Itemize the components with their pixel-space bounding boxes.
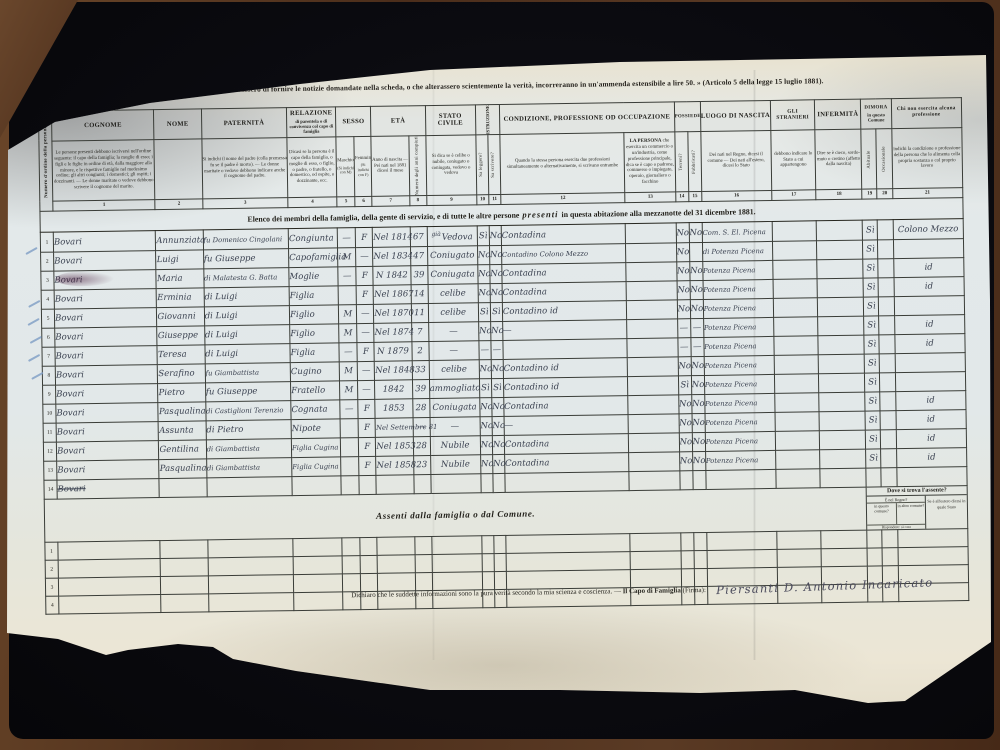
absent-box-altro-comune: in altro comune? bbox=[897, 503, 926, 524]
cell-fabbricati: No bbox=[691, 357, 704, 376]
cell-abituale: Sì bbox=[863, 220, 878, 240]
column-eta: ETÀ bbox=[371, 106, 426, 137]
cell-legge bbox=[482, 536, 494, 554]
column-dimora: DIMORAin questo Comune bbox=[861, 99, 892, 129]
cell-anni: 33 bbox=[412, 361, 429, 380]
cell-stranieri bbox=[774, 336, 818, 356]
cell-persona bbox=[626, 262, 676, 282]
cell-nome bbox=[161, 558, 208, 577]
cell-nome bbox=[160, 540, 207, 559]
cell-persona bbox=[627, 319, 677, 339]
cell-luogo: Potenza Picena bbox=[703, 318, 774, 338]
desc-stranieri: debbono indicare lo Stato a cui apparten… bbox=[771, 130, 816, 191]
cell-f bbox=[360, 537, 377, 555]
cell-anno: Nel 1870 bbox=[374, 304, 411, 324]
cell-n: 8 bbox=[42, 366, 55, 385]
cell-legge: No bbox=[480, 455, 492, 474]
cell-scrive: — bbox=[491, 341, 503, 360]
cell-infermita bbox=[817, 240, 863, 260]
cell-nome: Giovanni bbox=[157, 307, 204, 327]
cell-legge: No bbox=[480, 417, 492, 436]
cell-relazione: Figlia bbox=[289, 286, 338, 306]
cell-nome bbox=[161, 594, 208, 613]
cell-scrive: No bbox=[490, 265, 502, 284]
cell-chi: id bbox=[896, 410, 967, 430]
cell-cognome bbox=[58, 541, 161, 561]
desc-sa-scrivere: Sa scrivere? bbox=[488, 134, 501, 195]
cell-abituale: Sì bbox=[866, 449, 881, 468]
cell-f: — bbox=[358, 361, 375, 380]
cell-f: F bbox=[356, 285, 373, 304]
cell-stranieri bbox=[772, 221, 816, 241]
cell-n: 14 bbox=[44, 480, 57, 499]
cell-persona bbox=[629, 471, 679, 491]
cell-infermita bbox=[818, 297, 864, 317]
cell-terreni: No bbox=[679, 433, 692, 452]
cell-n: 2 bbox=[45, 560, 58, 578]
cell-fabbricati bbox=[694, 551, 707, 569]
cell-relazione: Figlia Cugina bbox=[292, 457, 341, 477]
cell-cognome: Bovari bbox=[53, 231, 156, 252]
cell-paternita: fu Domenico Cingolani bbox=[203, 229, 289, 250]
cell-terreni: Sì bbox=[678, 376, 691, 395]
cell-stato: Coniugata bbox=[427, 265, 477, 285]
column-condizione: CONDIZIONE, PROFESSIONE OD OCCUPAZIONE bbox=[499, 102, 674, 134]
cell-luogo: Potenza Picena bbox=[705, 451, 776, 471]
cell-occasionale bbox=[880, 373, 895, 392]
firma-label: (Firma): bbox=[683, 586, 706, 594]
cell-occasionale bbox=[882, 530, 897, 548]
cell-terreni: No bbox=[676, 262, 689, 281]
cell-terreni: No bbox=[679, 414, 692, 433]
desc-terreni: Terreni? bbox=[674, 132, 688, 193]
cell-stato: ammogliato bbox=[429, 379, 479, 399]
cell-f: — bbox=[356, 247, 373, 266]
cell-condizione: Contadina bbox=[502, 263, 627, 284]
cell-stranieri bbox=[772, 241, 816, 261]
cell-condizione bbox=[505, 472, 630, 493]
cell-terreni: — bbox=[678, 338, 691, 357]
cell-cognome: Bovari bbox=[55, 365, 158, 386]
column-infermita: INFERMITÀ bbox=[815, 99, 862, 130]
cell-relazione bbox=[293, 556, 342, 575]
cell-condizione: Contadino id bbox=[502, 301, 627, 322]
cell-scrive: No bbox=[492, 455, 504, 474]
blue-pencil-mark bbox=[25, 247, 37, 255]
cell-stranieri bbox=[773, 279, 817, 299]
cell-paternita bbox=[208, 575, 294, 594]
column-luogo-nascita: LUOGO DI NASCITA bbox=[700, 100, 771, 131]
cell-abituale: Sì bbox=[864, 316, 879, 335]
cell-condizione: Contadina bbox=[504, 396, 629, 417]
absent-rows: 1234 bbox=[45, 529, 969, 615]
cell-condizione: Contadina bbox=[502, 282, 627, 303]
cell-terreni: No bbox=[678, 357, 691, 376]
column-nome: NOME bbox=[154, 109, 202, 140]
desc-paternita: Si indichi il nome del padre (colla prem… bbox=[202, 137, 288, 199]
cell-nome: Pietro bbox=[158, 383, 205, 403]
cell-n: 1 bbox=[40, 232, 53, 252]
cell-chi bbox=[894, 296, 965, 316]
cell-abituale: Sì bbox=[865, 373, 880, 392]
cell-n: 1 bbox=[45, 542, 58, 560]
cell-m: — bbox=[337, 228, 355, 248]
cell-cognome: Bovari bbox=[54, 251, 157, 272]
desc-fabbricati: Fabbricati? bbox=[687, 131, 701, 192]
cell-stato: Nubile bbox=[430, 455, 480, 475]
cell-stranieri bbox=[775, 393, 819, 413]
cell-infermita bbox=[816, 220, 862, 241]
cell-cognome: Bovari bbox=[54, 270, 157, 291]
desc-chi: indichi la condizione o professione dell… bbox=[891, 127, 962, 188]
cell-condizione: Contadino id bbox=[503, 377, 628, 398]
cell-n: 10 bbox=[43, 404, 56, 423]
cell-anno: Nel 1874 bbox=[374, 323, 411, 343]
sheet-content: « Coloro che ricusassero di fornire le n… bbox=[0, 0, 1000, 750]
cell-occasionale bbox=[880, 354, 895, 373]
cell-infermita bbox=[818, 354, 864, 374]
absent-box-questo-comune: in questo comune? bbox=[867, 503, 897, 524]
cell-luogo: Potenza Picena bbox=[704, 356, 775, 376]
cell-stranieri bbox=[774, 317, 818, 337]
cell-stranieri bbox=[773, 298, 817, 318]
cell-scrive: Sì bbox=[490, 303, 502, 322]
cell-m bbox=[340, 419, 358, 438]
cell-relazione: Figlia Cugina bbox=[291, 438, 340, 458]
cell-anno bbox=[377, 537, 414, 556]
cell-persona bbox=[628, 414, 678, 434]
cell-condizione bbox=[506, 552, 631, 572]
absent-box-rispondere: Rispondere: sì o no bbox=[868, 524, 926, 530]
cell-luogo: Potenza Picena bbox=[702, 261, 773, 281]
cell-nome: Annunziata bbox=[156, 230, 203, 251]
cell-terreni: No bbox=[676, 243, 689, 262]
cell-occasionale bbox=[881, 430, 896, 449]
cell-anno bbox=[377, 555, 414, 574]
cell-legge: Sì bbox=[479, 379, 491, 398]
cell-legge bbox=[482, 554, 494, 572]
cell-stato bbox=[430, 474, 480, 494]
cell-fabbricati: — bbox=[690, 319, 703, 338]
cell-f: F bbox=[359, 437, 376, 456]
cell-infermita bbox=[819, 392, 865, 412]
cell-scrive bbox=[494, 536, 506, 554]
cell-abituale: Sì bbox=[863, 259, 878, 278]
cell-m bbox=[341, 476, 359, 495]
cell-fabbricati: No bbox=[689, 223, 702, 243]
cell-legge: No bbox=[479, 360, 491, 379]
cell-n: 7 bbox=[42, 347, 55, 366]
cell-chi: id bbox=[896, 429, 967, 449]
cell-legge: Sì bbox=[478, 303, 490, 322]
cell-scrive bbox=[493, 474, 505, 493]
cell-luogo: di Potenza Picena bbox=[702, 242, 773, 262]
cell-infermita bbox=[821, 548, 867, 567]
cell-abituale: Sì bbox=[864, 335, 879, 354]
cell-anno: Nel 1848 bbox=[375, 361, 412, 381]
cell-legge: No bbox=[478, 265, 490, 284]
cell-infermita bbox=[819, 430, 865, 450]
column-paternita: PATERNITÀ bbox=[201, 108, 287, 139]
cell-relazione: Figlia bbox=[290, 343, 339, 363]
cell-relazione: Figlio bbox=[290, 324, 339, 344]
cell-n: 13 bbox=[44, 461, 57, 480]
cell-stranieri bbox=[773, 260, 817, 280]
cell-paternita bbox=[208, 539, 294, 558]
cell-luogo: Potenza Picena bbox=[705, 413, 776, 433]
column-sesso: SESSO bbox=[336, 106, 372, 136]
cell-occasionale bbox=[878, 278, 893, 297]
cell-persona bbox=[627, 338, 677, 358]
cell-nome bbox=[161, 576, 208, 595]
cell-stranieri bbox=[775, 412, 819, 432]
cell-condizione: Contadina bbox=[504, 453, 629, 474]
cell-luogo: Potenza Picena bbox=[705, 432, 776, 452]
cell-occasionale bbox=[878, 259, 893, 278]
cell-n: 5 bbox=[41, 309, 54, 328]
cell-paternita: di Luigi bbox=[204, 325, 290, 345]
cell-occasionale bbox=[881, 468, 896, 487]
cell-stato: giàVedova bbox=[427, 226, 477, 247]
cell-nome: Assunta bbox=[159, 421, 206, 441]
cell-luogo bbox=[707, 532, 778, 551]
cell-anni: 39 bbox=[412, 380, 429, 399]
desc-luogo: Dei nati nel Regno, dicesi il comune — D… bbox=[701, 130, 772, 191]
cell-persona bbox=[626, 281, 676, 301]
cell-chi bbox=[895, 353, 966, 373]
cell-n: 2 bbox=[41, 252, 54, 271]
cell-paternita: di Pietro bbox=[206, 420, 292, 440]
cell-anni: 2 bbox=[411, 342, 428, 361]
cell-nome: Maria bbox=[156, 269, 203, 289]
cell-stranieri bbox=[774, 355, 818, 375]
cell-m: M bbox=[339, 362, 357, 381]
cell-scrive: No bbox=[492, 398, 504, 417]
cell-anni: 11 bbox=[411, 304, 428, 323]
cell-anno: Nel Settembre 81 bbox=[375, 418, 412, 438]
cell-cognome: Bovari bbox=[56, 403, 159, 424]
cell-cognome: Bovari bbox=[56, 441, 159, 462]
cell-cognome bbox=[58, 559, 161, 579]
cell-abituale: Sì bbox=[865, 354, 880, 373]
column-stato-civile: STATO CIVILE bbox=[425, 105, 476, 136]
cell-cognome: Bovari bbox=[56, 384, 159, 405]
column-istruzione: ISTRUZIONE bbox=[475, 104, 500, 134]
cell-paternita: di Luigi bbox=[204, 287, 290, 307]
cell-anni bbox=[413, 475, 430, 494]
cell-chi: id bbox=[894, 334, 965, 354]
cell-m: — bbox=[339, 343, 357, 362]
cell-paternita: fu Giambattista bbox=[205, 363, 291, 383]
cell-persona bbox=[628, 376, 678, 396]
cell-stranieri bbox=[777, 549, 821, 568]
cell-f: F bbox=[359, 456, 376, 475]
cell-stato: Coniugato bbox=[427, 246, 477, 266]
cell-fabbricati: No bbox=[692, 414, 705, 433]
cell-scrive: No bbox=[490, 284, 502, 303]
cell-nome: Giuseppe bbox=[157, 326, 204, 346]
cell-chi bbox=[895, 372, 966, 392]
cell-stato bbox=[431, 536, 481, 555]
cell-luogo bbox=[706, 470, 777, 490]
cell-anno: 1842 bbox=[375, 380, 412, 400]
cell-m: — bbox=[340, 400, 358, 419]
cell-f: — bbox=[357, 304, 374, 323]
cell-occasionale bbox=[880, 392, 895, 411]
cell-f: — bbox=[357, 323, 374, 342]
cell-terreni: No bbox=[679, 452, 692, 471]
cell-anno: Nel 1814 bbox=[373, 227, 410, 247]
cell-fabbricati: No bbox=[690, 281, 703, 300]
cell-paternita: fu Giuseppe bbox=[205, 382, 291, 402]
cell-chi: id bbox=[893, 258, 964, 278]
cell-infermita bbox=[821, 530, 867, 549]
cell-condizione: Contadina bbox=[504, 434, 629, 455]
cell-relazione: Figlio bbox=[289, 305, 338, 325]
cell-anno: N 1842 bbox=[373, 266, 410, 286]
cell-legge: No bbox=[480, 436, 492, 455]
cell-persona bbox=[626, 223, 676, 244]
cell-relazione bbox=[294, 592, 343, 611]
desc-abituale: Abituale bbox=[861, 129, 877, 190]
cell-nome bbox=[159, 478, 206, 498]
cell-n: 6 bbox=[42, 328, 55, 347]
desc-occasionale: Occasionale bbox=[876, 129, 892, 190]
cell-luogo: Potenza Picena bbox=[703, 280, 774, 300]
cell-anno: 1853 bbox=[375, 399, 412, 419]
cell-persona bbox=[626, 243, 676, 263]
cell-cognome: Bovari bbox=[57, 460, 160, 481]
absent-box-estero: Se è all'estero dicesi in quale Stato bbox=[926, 495, 967, 529]
cell-anni: 39 bbox=[410, 266, 427, 285]
cell-paternita: di Giambattista bbox=[206, 458, 292, 478]
cell-cognome: Bovari bbox=[54, 308, 157, 329]
cell-abituale: Sì bbox=[863, 278, 878, 297]
cell-condizione: Contadino Colono Mezzo bbox=[501, 244, 626, 265]
cell-anno: N 1879 bbox=[374, 342, 411, 362]
cell-luogo bbox=[707, 550, 778, 569]
cell-relazione: Cugino bbox=[290, 362, 339, 382]
cell-cognome: Bovari bbox=[55, 346, 158, 367]
cell-terreni bbox=[681, 551, 694, 569]
cell-fabbricati: No bbox=[692, 433, 705, 452]
cell-chi: id bbox=[894, 277, 965, 297]
cell-nome: Gentilina bbox=[159, 440, 206, 460]
cell-paternita: fu Giuseppe bbox=[203, 249, 289, 269]
cell-nome: Serafino bbox=[158, 364, 205, 384]
cell-terreni: No bbox=[677, 300, 690, 319]
cell-scrive: No bbox=[492, 436, 504, 455]
cell-anni: 23 bbox=[413, 456, 430, 475]
cell-infermita bbox=[819, 411, 865, 431]
cell-luogo: Potenza Picena bbox=[704, 394, 775, 414]
cell-nome: Teresa bbox=[157, 345, 204, 365]
cell-stato: celibe bbox=[428, 284, 478, 304]
cell-fabbricati: No bbox=[689, 262, 702, 281]
cell-anno: Nel 1834 bbox=[373, 247, 410, 267]
cell-anni: 67 bbox=[410, 227, 427, 247]
cell-scrive: No bbox=[492, 417, 504, 436]
cell-paternita: di Castiglioni Terenzio bbox=[205, 401, 291, 421]
cell-paternita bbox=[207, 477, 293, 497]
cell-anni: 47 bbox=[410, 247, 427, 266]
desc-la-persona: LA PERSONA che esercita un commercio o u… bbox=[624, 132, 675, 193]
cell-stranieri bbox=[777, 531, 821, 550]
cell-fabbricati: — bbox=[691, 338, 704, 357]
cell-n: 12 bbox=[43, 442, 56, 461]
cell-anno bbox=[376, 475, 413, 495]
cell-nome: Pasqualina bbox=[159, 459, 206, 479]
cell-persona bbox=[628, 357, 678, 377]
cell-occasionale bbox=[879, 316, 894, 335]
cell-terreni bbox=[680, 533, 693, 551]
table-header: Numero d'ordine della persona COGNOME NO… bbox=[38, 98, 962, 212]
cell-anni: 28 bbox=[413, 437, 430, 456]
cell-legge: Sì bbox=[477, 226, 489, 246]
cell-abituale bbox=[867, 548, 882, 566]
cell-paternita: di Luigi bbox=[205, 344, 291, 364]
cell-scrive bbox=[494, 554, 506, 572]
cell-infermita bbox=[820, 468, 866, 488]
cell-stato: celibe bbox=[428, 303, 478, 323]
cell-occasionale bbox=[880, 411, 895, 430]
cell-legge: No bbox=[480, 398, 492, 417]
cell-paternita: di Malatesta G. Batta bbox=[203, 268, 289, 288]
blue-pencil-mark bbox=[30, 336, 42, 344]
cell-condizione: Contadino id bbox=[503, 358, 628, 379]
cell-legge bbox=[481, 474, 493, 493]
cell-condizione: — bbox=[503, 320, 628, 341]
cell-anno: Nel 1858 bbox=[376, 456, 413, 476]
desc-relazione: Dicasi se la persona è il capo della fam… bbox=[287, 137, 337, 198]
cell-stato: — bbox=[429, 341, 479, 361]
cell-chi: Colono Mezzo bbox=[893, 219, 964, 240]
cell-condizione bbox=[503, 339, 628, 360]
cell-abituale bbox=[867, 530, 882, 548]
cell-f: F bbox=[357, 342, 374, 361]
cell-persona bbox=[630, 551, 680, 570]
cell-cognome: Bovari bbox=[54, 289, 157, 310]
cell-abituale: Sì bbox=[865, 392, 880, 411]
cell-chi bbox=[893, 239, 964, 259]
cell-infermita bbox=[818, 335, 864, 355]
cell-paternita bbox=[208, 557, 294, 576]
cell-luogo: Potenza Picena bbox=[703, 299, 774, 319]
cell-chi: id bbox=[894, 315, 965, 335]
cell-anni: 28 bbox=[412, 399, 429, 418]
cell-m bbox=[338, 286, 356, 305]
census-table: Numero d'ordine della persona COGNOME NO… bbox=[38, 97, 969, 615]
cell-f: — bbox=[358, 380, 375, 399]
cell-stato bbox=[432, 554, 482, 573]
cell-relazione bbox=[293, 538, 342, 557]
cell-legge: No bbox=[477, 246, 489, 265]
cell-fabbricati: No bbox=[691, 395, 704, 414]
cell-anno: Nel 1867 bbox=[373, 285, 410, 305]
cell-anni: 14 bbox=[411, 285, 428, 304]
cell-nome: Pasqualina bbox=[158, 402, 205, 422]
desc-sa-leggere: Sa leggere? bbox=[476, 135, 489, 196]
cell-scrive: No bbox=[489, 226, 501, 246]
cell-f bbox=[360, 555, 377, 573]
cell-chi bbox=[897, 529, 968, 548]
cell-scrive: No bbox=[490, 322, 502, 341]
cell-scrive: No bbox=[489, 246, 501, 265]
cell-f bbox=[359, 475, 376, 494]
cell-legge: — bbox=[479, 341, 491, 360]
photographed-census-scan: { "page": { "penalty_note": "« Coloro ch… bbox=[0, 0, 1000, 750]
column-relazione: RELAZIONEdi parentela o di convivenza co… bbox=[286, 107, 336, 138]
